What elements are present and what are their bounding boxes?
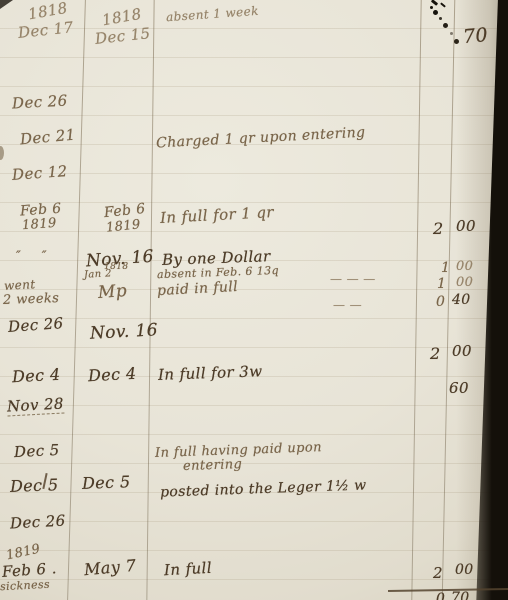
- amount-r1-dollars: 2: [433, 219, 444, 238]
- mid-monogram-mp: Mp: [97, 281, 127, 303]
- amount-r6-cents: 60: [449, 379, 469, 397]
- amount-r2-cents: 00: [456, 259, 473, 274]
- left-date-dec26-b: Dec 26: [7, 314, 64, 336]
- ledger-page: 70 1818 Dec 17 Dec 26 Dec 21 Dec 12 Feb …: [0, 0, 508, 600]
- ditto-marks: ″ ″: [16, 249, 47, 264]
- left-date-nov28: Nov 28: [7, 395, 65, 417]
- mid-date-dec4: Dec 4: [88, 364, 137, 386]
- entry-in-full-1qr: In full for 1 qr: [160, 203, 275, 227]
- left-date-dec5-b: Dec 5: [10, 475, 59, 496]
- dollars-column-line: [411, 0, 422, 600]
- left-note-sickness: sickness: [0, 578, 50, 594]
- left-date-dec17: Dec 17: [17, 18, 74, 42]
- amount-r3-cents: 00: [456, 275, 473, 290]
- amount-r7-cents: 00: [455, 562, 474, 578]
- left-note-went: went: [4, 277, 36, 293]
- entry-dashes-b: — —: [333, 298, 362, 312]
- mid-date-dec5: Dec 5: [82, 472, 131, 493]
- ink-blot-marks: [430, 6, 433, 9]
- amount-r5-dollars: 2: [430, 344, 441, 363]
- mid-date-nov16-b: Nov. 16: [90, 320, 159, 344]
- entry-paid-in-full: paid in full: [157, 279, 239, 299]
- left-date-dec26-c: Dec 26: [10, 512, 66, 533]
- amount-r7-dollars: 2: [433, 564, 443, 582]
- entry-entering: entering: [183, 457, 243, 474]
- column-divider-2: [146, 0, 154, 600]
- corner-notch: [0, 0, 13, 9]
- left-date-dec4: Dec 4: [12, 365, 61, 387]
- left-date-dec5-a: Dec 5: [14, 441, 61, 461]
- amount-r8-dollars: 0: [436, 591, 445, 600]
- entry-absent-week: absent 1 week: [166, 4, 260, 24]
- amount-sum-rule: [388, 588, 508, 592]
- amount-r8-cents: 70: [451, 590, 470, 600]
- amount-r2-dollars: 1: [441, 260, 450, 276]
- entry-dashes-a: — — —: [330, 272, 376, 286]
- photo-edge-dark: [472, 0, 508, 600]
- mid-year-1819: 1819: [105, 217, 141, 236]
- column-divider-1: [67, 0, 86, 600]
- entry-in-full-3w: In full for 3w: [158, 362, 263, 384]
- amount-r4-dollars: 0: [436, 294, 445, 310]
- left-date-dec26-a: Dec 26: [12, 92, 68, 113]
- entry-in-full-bottom: In full: [164, 559, 213, 579]
- amount-r1-cents: 00: [456, 217, 476, 235]
- amount-r3-dollars: 1: [437, 276, 446, 292]
- left-edge-notch: [0, 146, 4, 160]
- entry-posted-leger: posted into the Leger 1½ w: [160, 477, 367, 500]
- mid-date-jan2: Jan 2: [84, 268, 112, 280]
- ink-stroke-mark: [440, 2, 446, 7]
- amount-r5-cents: 00: [452, 342, 472, 360]
- ink-stroke-mark: [431, 0, 438, 6]
- left-date-dec21: Dec 21: [19, 126, 76, 149]
- page-number: 70: [462, 24, 489, 48]
- amount-r4-cents: 40: [452, 292, 471, 308]
- left-year-1819: 1819: [22, 216, 58, 233]
- left-date-dec12: Dec 12: [11, 162, 68, 184]
- mid-date-may7: May 7: [83, 556, 137, 579]
- entry-charged: Charged 1 qr upon entering: [156, 125, 366, 152]
- left-note-2weeks: 2 weeks: [3, 291, 60, 308]
